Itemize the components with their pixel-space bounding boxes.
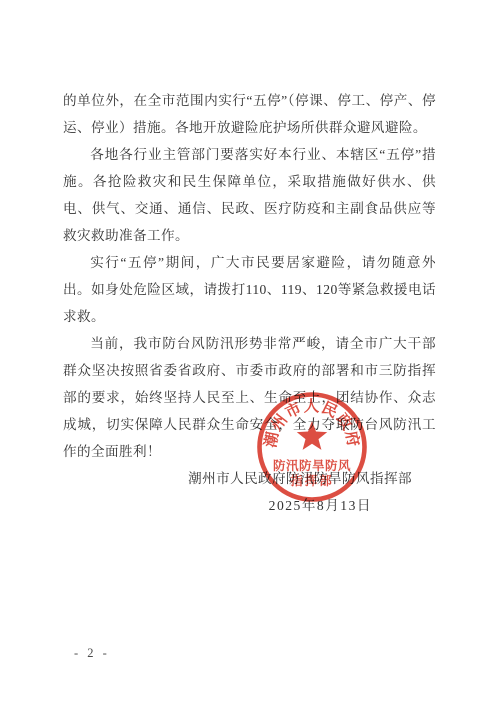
paragraph: 实行“五停”期间，广大市民要居家避险，请勿随意外出。如身处危险区域，请拨打110…	[63, 249, 436, 330]
document-body: 的单位外，在全市范围内实行“五停”（停课、停工、停产、停运、停业）措施。各地开放…	[63, 87, 436, 519]
paragraph: 当前，我市防台风防汛形势非常严峻，请全市广大干部群众坚决按照省委省政府、市委市政…	[63, 330, 436, 465]
signature-date: 2025年8月13日	[63, 492, 436, 519]
signature-block: 潮州市人民政府防汛防旱防风指挥部 2025年8月13日	[63, 465, 436, 519]
page-number: - 2 -	[74, 646, 110, 661]
document-page: 的单位外，在全市范围内实行“五停”（停课、停工、停产、停运、停业）措施。各地开放…	[0, 0, 500, 707]
paragraph: 各地各行业主管部门要落实好本行业、本辖区“五停”措施。各抢险救灾和民生保障单位，…	[63, 141, 436, 249]
paragraph: 的单位外，在全市范围内实行“五停”（停课、停工、停产、停运、停业）措施。各地开放…	[63, 87, 436, 141]
signature-issuer: 潮州市人民政府防汛防旱防风指挥部	[63, 465, 436, 492]
